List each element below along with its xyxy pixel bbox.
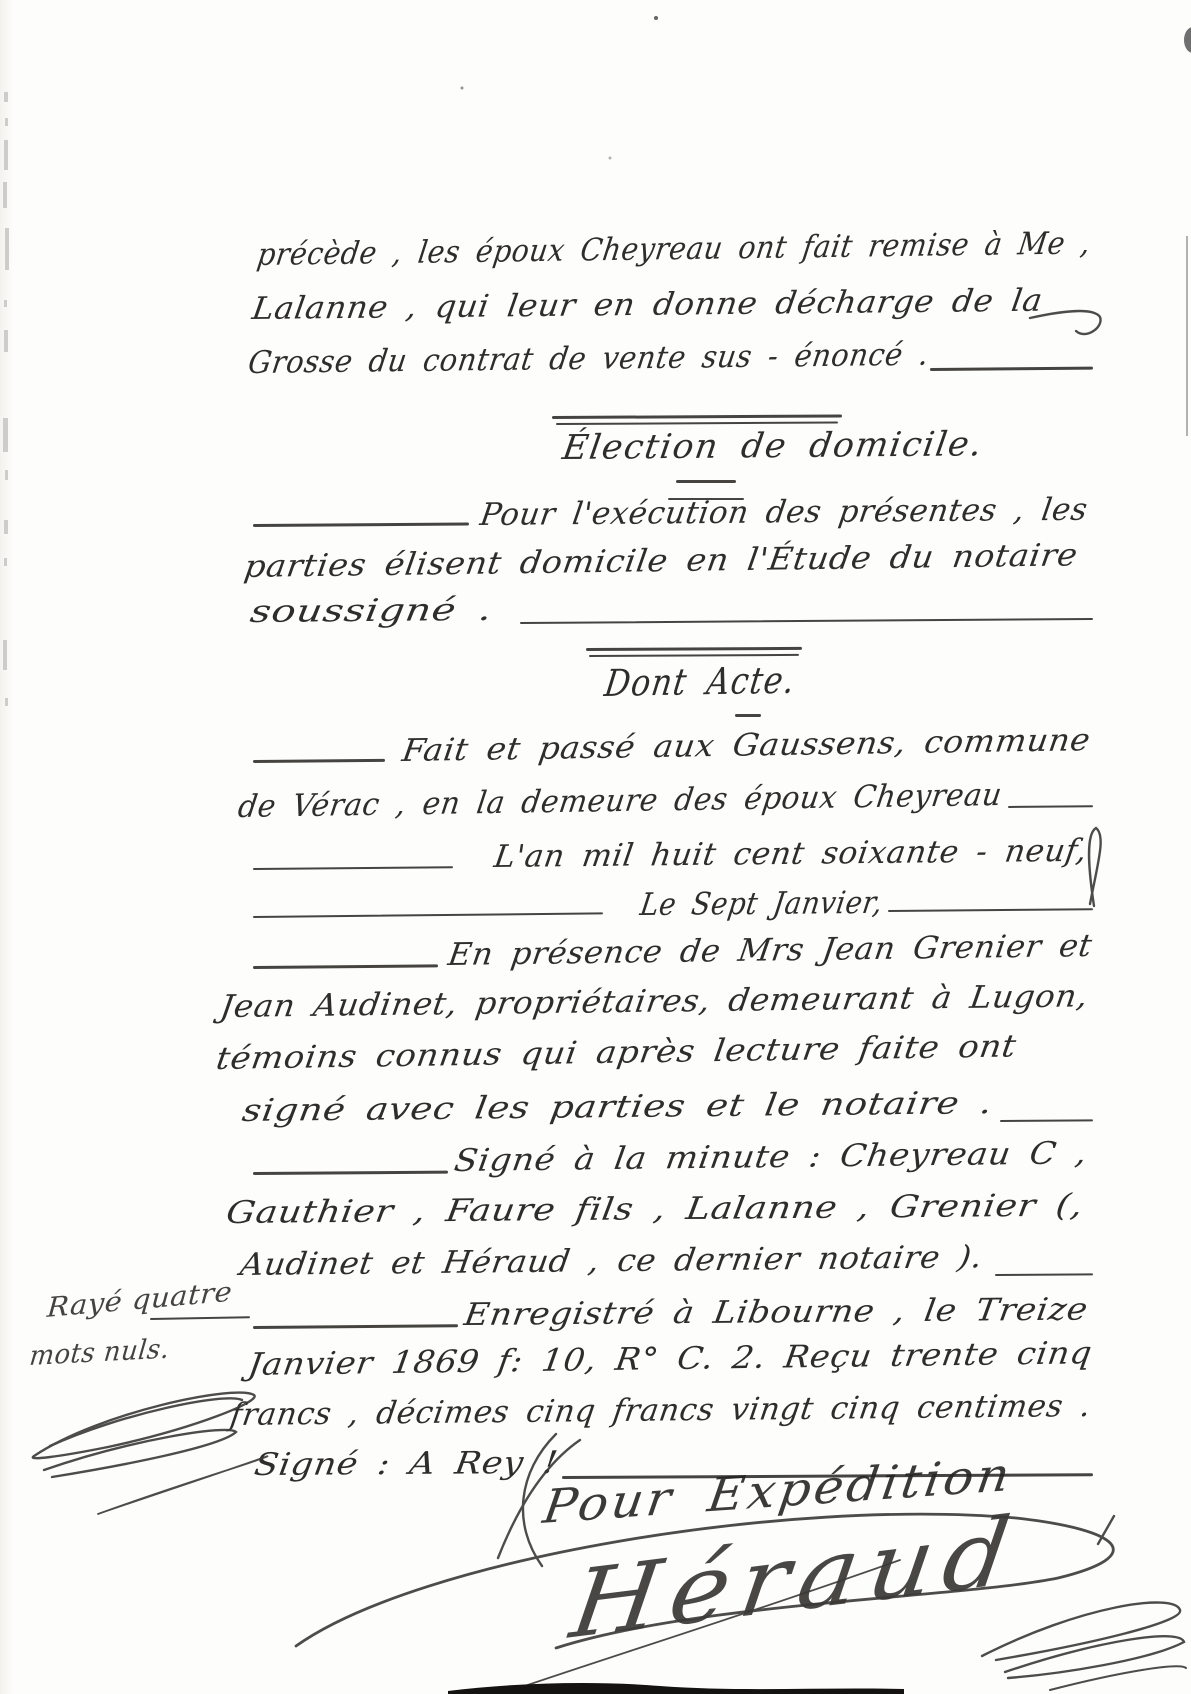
- manuscript-page: Rayé quatre mots nuls. Pour Expédition H…: [0, 0, 1191, 1694]
- scan-artifact-blob: [1184, 27, 1191, 53]
- line-end-flourish-icon: [1089, 828, 1101, 906]
- bleedthrough-marks: [3, 92, 9, 706]
- margin-paraph-icon: [33, 1393, 255, 1459]
- signature-descender-stroke: [516, 1560, 900, 1689]
- bottom-ink-smudge: [448, 1683, 904, 1694]
- signature-zigzag-flourish: [982, 1602, 1180, 1660]
- renvoi-curl-icon: [1030, 311, 1101, 334]
- mention-curl-icon: [498, 1440, 580, 1558]
- paper-specks: [461, 16, 659, 160]
- ink-flourishes-layer: [0, 0, 1191, 1694]
- signature-oval-flourish: [296, 1514, 1113, 1648]
- signature-zigzag-flourish: [1005, 1636, 1184, 1678]
- mention-curl-icon: [523, 1434, 556, 1566]
- scan-artifact-edge-line: [1186, 236, 1188, 436]
